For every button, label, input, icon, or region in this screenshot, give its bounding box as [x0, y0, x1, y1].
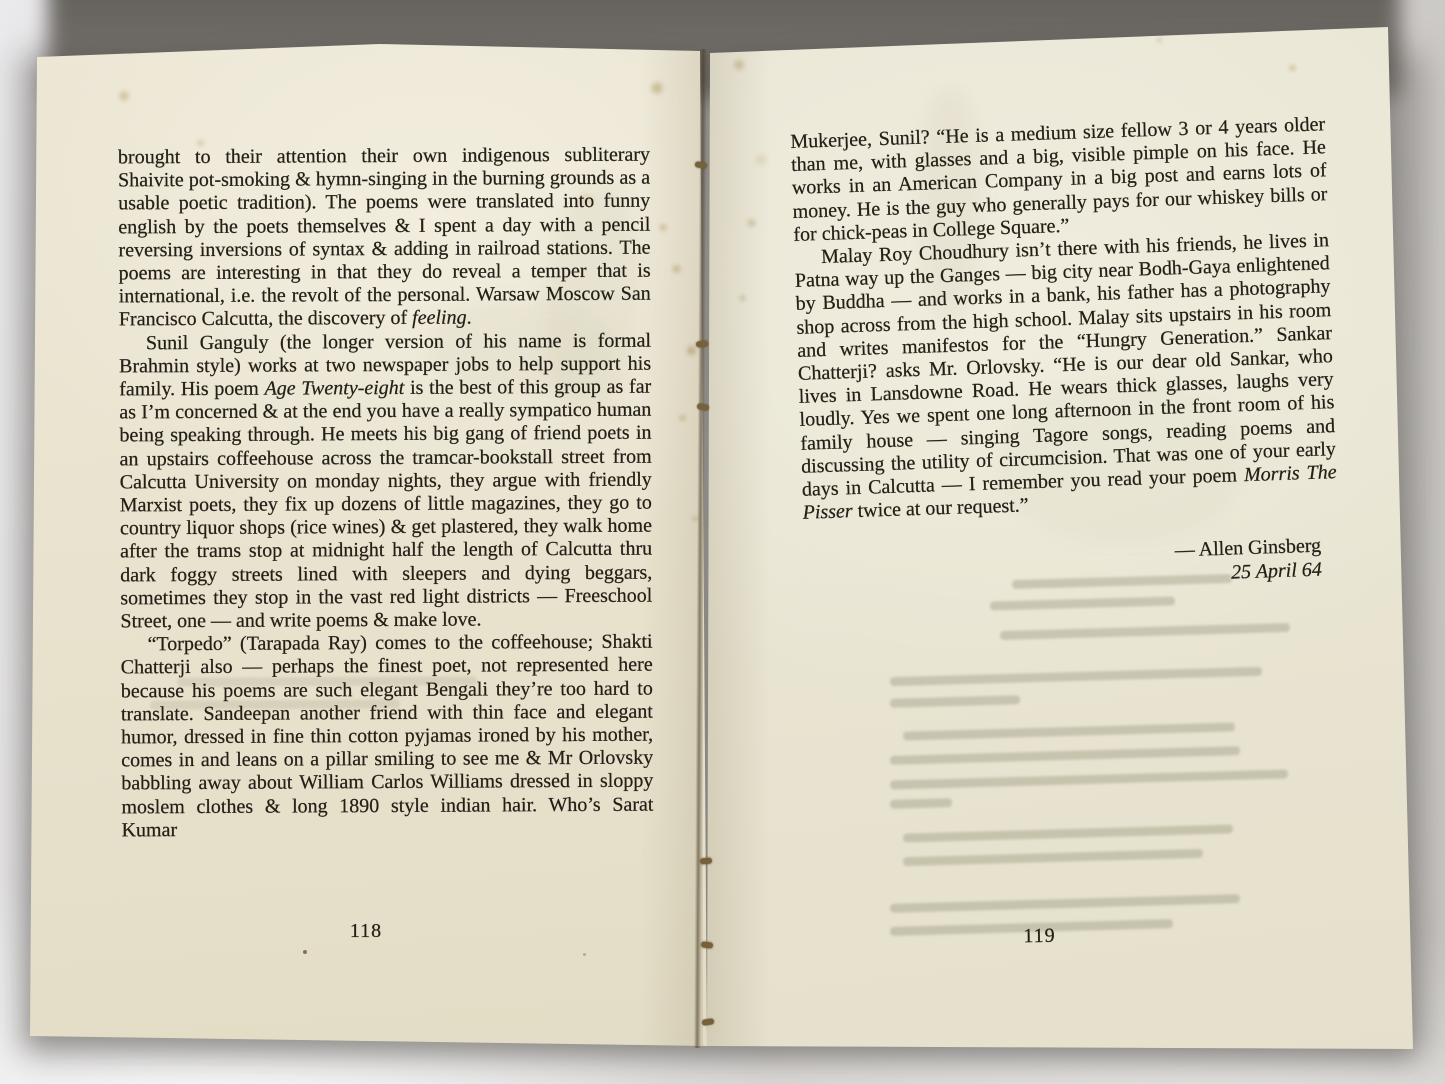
binding-stitch	[701, 941, 714, 948]
foxing-spot	[745, 217, 758, 229]
foxing-spot	[752, 152, 770, 167]
showthrough-line	[890, 746, 1240, 765]
showthrough-line	[890, 798, 952, 809]
open-book: brought to their attention their own ind…	[0, 0, 1445, 1084]
paragraph: “Torpedo” (Tarapada Ray) comes to the co…	[121, 631, 654, 843]
left-page-text: brought to their attention their own ind…	[118, 144, 654, 923]
showthrough-line	[890, 894, 1240, 913]
paragraph: Malay Roy Choudhury isn’t there with his…	[794, 229, 1338, 525]
speck	[583, 953, 586, 956]
foxing-spot	[670, 263, 683, 275]
foxing-spot	[657, 222, 669, 233]
foxing-spot	[737, 293, 748, 303]
showthrough-line	[903, 722, 1235, 740]
speck	[303, 950, 307, 954]
gutter-shading	[707, 45, 771, 1053]
right-page-text: Mukerjee, Sunil? “He is a medium size fe…	[790, 113, 1343, 678]
foxing-spot	[731, 58, 747, 72]
foxing-spot	[116, 89, 132, 103]
showthrough-line	[903, 824, 1233, 842]
foxing-spot	[1155, 36, 1164, 44]
page-number-left: 118	[100, 921, 632, 941]
paragraph: Sunil Ganguly (the longer version of his…	[119, 329, 653, 633]
paragraph: Mukerjee, Sunil? “He is a medium size fe…	[790, 113, 1329, 247]
author-signature: — Allen Ginsberg 25 April 64	[804, 534, 1340, 598]
foxing-spot	[677, 413, 688, 423]
showthrough-line	[890, 695, 1020, 708]
book-photo: brought to their attention their own ind…	[0, 0, 1445, 1084]
foxing-spot	[1287, 63, 1298, 73]
foxing-spot	[648, 80, 666, 96]
foxing-spot	[691, 514, 700, 523]
right-page-paragraphs: Mukerjee, Sunil? “He is a medium size fe…	[790, 113, 1338, 525]
foxing-spot	[684, 344, 699, 357]
binding-stitch	[700, 857, 712, 864]
showthrough-line	[890, 769, 1288, 789]
paragraph: brought to their attention their own ind…	[118, 144, 651, 332]
showthrough-line	[903, 849, 1203, 866]
